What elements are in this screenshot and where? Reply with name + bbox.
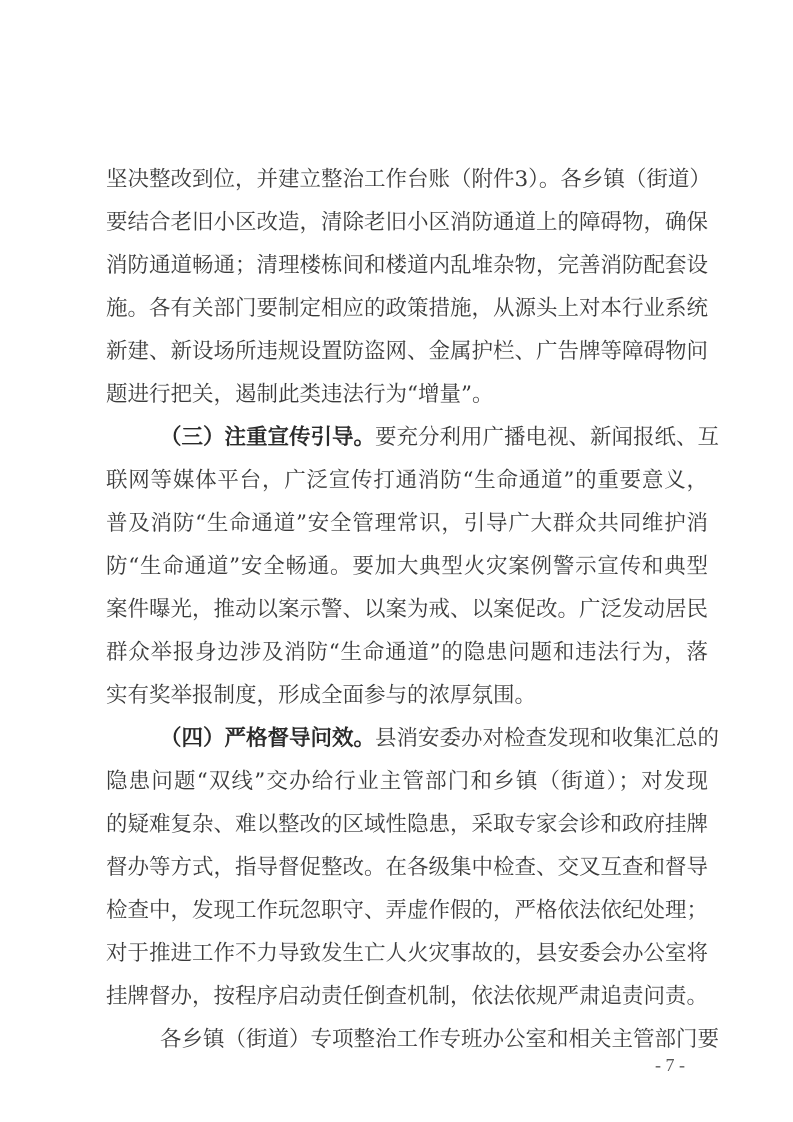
body-text: 要充分利用广播电视、新闻报纸、互 <box>375 425 719 450</box>
body-line: 坚决整改到位，并建立整治工作台账（附件3）。各乡镇（街道） <box>106 165 708 195</box>
body-line: 隐患问题“双线”交办给行业主管部门和乡镇（街道）；对发现 <box>106 767 708 797</box>
body-line: 实有奖举报制度，形成全面参与的浓厚氛围。 <box>106 681 708 711</box>
body-line: 群众举报身边涉及消防“生命通道”的隐患问题和违法行为，落 <box>106 638 708 668</box>
section-heading-4: （四）严格督导问效。 <box>160 726 375 751</box>
page-number: - 7 - <box>640 1055 700 1076</box>
body-line: 防“生命通道”安全畅通。要加大典型火灾案例警示宣传和典型 <box>106 552 708 582</box>
document-page: 坚决整改到位，并建立整治工作台账（附件3）。各乡镇（街道） 要结合老旧小区改造，… <box>0 0 793 1122</box>
section-heading-line: （四）严格督导问效。县消安委办对检查发现和收集汇总的 <box>160 724 708 754</box>
body-line: 对于推进工作不力导致发生亡人火灾事故的，县安委会办公室将 <box>106 939 708 969</box>
body-line: 的疑难复杂、难以整改的区域性隐患，采取专家会诊和政府挂牌 <box>106 810 708 840</box>
body-line: 消防通道畅通；清理楼栋间和楼道内乱堆杂物，完善消防配套设 <box>106 251 708 281</box>
body-line: 题进行把关，遏制此类违法行为“增量”。 <box>106 380 708 410</box>
body-line: 新建、新设场所违规设置防盗网、金属护栏、广告牌等障碍物问 <box>106 337 708 367</box>
section-heading-line: （三）注重宣传引导。要充分利用广播电视、新闻报纸、互 <box>160 423 708 453</box>
body-line: 普及消防“生命通道”安全管理常识，引导广大群众共同维护消 <box>106 509 708 539</box>
body-line: 施。各有关部门要制定相应的政策措施，从源头上对本行业系统 <box>106 294 708 324</box>
body-line: 要结合老旧小区改造，清除老旧小区消防通道上的障碍物，确保 <box>106 208 708 238</box>
body-line: 案件曝光，推动以案示警、以案为戒、以案促改。广泛发动居民 <box>106 595 708 625</box>
body-line: 各乡镇（街道）专项整治工作专班办公室和相关主管部门要 <box>160 1025 708 1055</box>
body-line: 挂牌督办，按程序启动责任倒查机制，依法依规严肃追责问责。 <box>106 982 708 1012</box>
body-line: 督办等方式，指导督促整改。在各级集中检查、交叉互查和督导 <box>106 853 708 883</box>
body-line: 检查中，发现工作玩忽职守、弄虚作假的，严格依法依纪处理； <box>106 896 708 926</box>
section-heading-3: （三）注重宣传引导。 <box>160 425 375 450</box>
body-text: 县消安委办对检查发现和收集汇总的 <box>375 726 719 751</box>
body-line: 联网等媒体平台，广泛宣传打通消防“生命通道”的重要意义， <box>106 466 708 496</box>
